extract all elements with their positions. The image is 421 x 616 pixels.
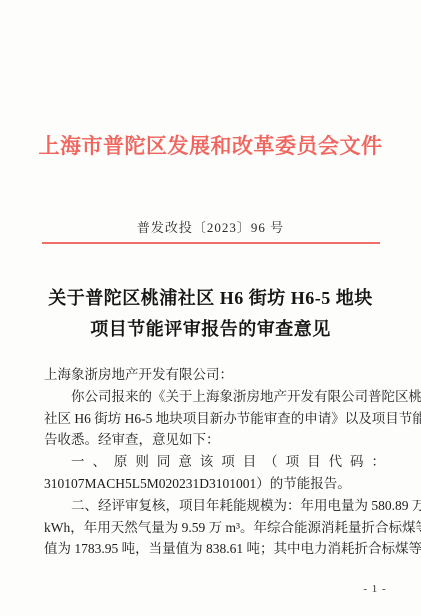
title-line-1: 关于普陀区桃浦社区 H6 街坊 H6-5 地块 xyxy=(0,283,421,314)
body-paragraphs: 上海象浙房地产开发有限公司： 你公司报来的《关于上海象浙房地产开发有限公司普陀区… xyxy=(44,364,385,560)
official-document-page: 上海市普陀区发展和改革委员会文件 普发改投〔2023〕96 号 关于普陀区桃浦社… xyxy=(0,0,421,616)
page-number: - 1 - xyxy=(352,583,398,595)
body-line-salutation: 上海象浙房地产开发有限公司： xyxy=(44,364,385,386)
body-line: kWh，年用天然气量为 9.59 万 m³。年综合能源消耗量折合标煤等价 xyxy=(44,517,385,539)
body-line-project-code: 310107MACH5L5M020231D3101001）的节能报告。 xyxy=(44,473,385,495)
body-line: 你公司报来的《关于上海象浙房地产开发有限公司普陀区桃浦 xyxy=(44,386,385,408)
body-line: 社区 H6 街坊 H6-5 地块项目新办节能审查的申请》以及项目节能报 xyxy=(44,408,385,430)
red-divider xyxy=(42,242,380,244)
body-line: 告收悉。经审查，意见如下： xyxy=(44,429,385,451)
title-line-2: 项目节能评审报告的审查意见 xyxy=(0,314,421,345)
body-line: 值为 1783.95 吨，当量值为 838.61 吨；其中电力消耗折合标煤等 xyxy=(44,538,385,560)
doc-number: 普发改投〔2023〕96 号 xyxy=(0,217,421,236)
body-line-item-one: 一、原则同意该项目（项目代码： xyxy=(44,451,385,473)
body-line-item-two: 二、经评审复核，项目年耗能规模为：年用电量为 580.89 万 xyxy=(44,495,385,517)
document-title: 关于普陀区桃浦社区 H6 街坊 H6-5 地块 项目节能评审报告的审查意见 xyxy=(0,283,421,345)
masthead-title: 上海市普陀区发展和改革委员会文件 xyxy=(0,130,421,160)
